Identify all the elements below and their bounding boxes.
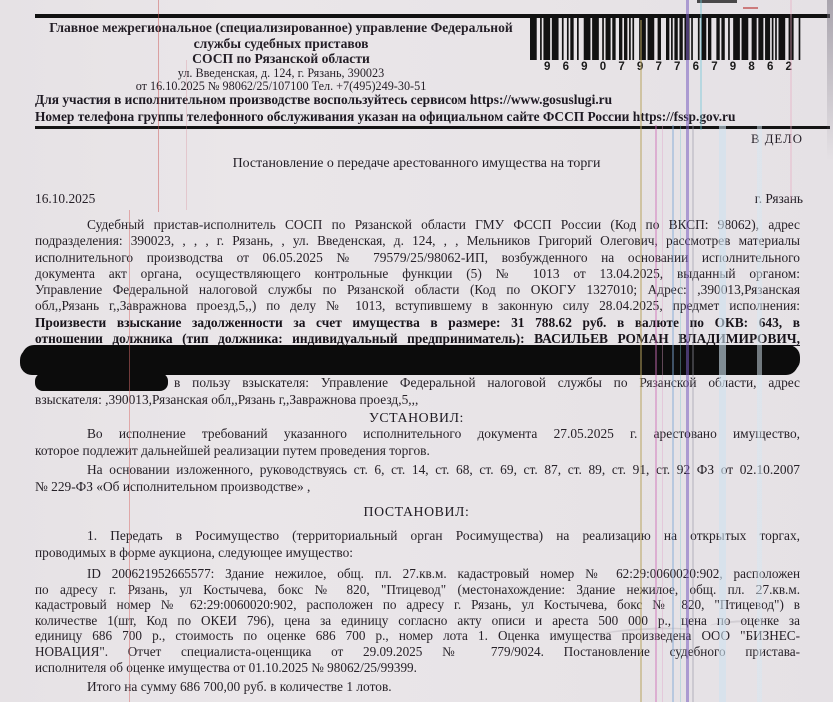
org-name-line2: службы судебных приставов (42, 36, 520, 52)
barcode-digit: 2 (786, 61, 792, 73)
text-line: единицу 686 700 р., стоимость по оценке … (35, 628, 800, 644)
text-line: Управление Федеральной налоговой службы … (35, 282, 800, 298)
org-name-line1: Главное межрегиональное (специализирован… (42, 20, 520, 36)
paragraph-legal-basis: На основании изложенного, руководствуясь… (35, 461, 800, 495)
barcode-digit: 6 (563, 61, 569, 73)
paragraph-established: Во исполнение требований указанного испо… (35, 425, 800, 459)
barcode-digit: 7 (655, 61, 661, 73)
text-line: которое подлежит дальнейшей реализации п… (35, 442, 800, 459)
text-line: На основании изложенного, руководствуясь… (35, 461, 800, 478)
barcode-digit: 8 (748, 61, 754, 73)
text-line: подразделения: 390023, , , , г. Рязань, … (35, 233, 800, 249)
text-line: ID 200621952665577: Здание нежилое, общ.… (35, 566, 800, 582)
established-heading: УСТАНОВИЛ: (35, 410, 798, 426)
scan-corner-mark (697, 0, 737, 3)
text-line: Произвести взыскание задолженности за сч… (35, 315, 800, 331)
case-file-mark: В ДЕЛО (751, 132, 803, 147)
text-line: Во исполнение требований указанного испо… (35, 425, 800, 442)
scan-red-dash (743, 7, 758, 9)
barcode-digit: 9 (581, 61, 587, 73)
text-line: взыскателя: ,390013,Рязанская обл,,Рязан… (35, 391, 800, 408)
barcode-digit: 6 (693, 61, 699, 73)
letterhead: Главное межрегиональное (специализирован… (42, 20, 520, 94)
barcode-digit: 9 (544, 61, 550, 73)
text-line: НОВАЦИЯ". Отчет специалиста-оценщика от … (35, 644, 800, 660)
resolved-heading: ПОСТАНОВИЛ: (35, 504, 798, 520)
paragraph-total: Итого на сумму 686 700,00 руб. в количес… (35, 679, 800, 695)
org-address: ул. Введенская, д. 124, г. Рязань, 39002… (42, 67, 520, 81)
barcode-bars (530, 18, 802, 60)
text-line: Судебный пристав-исполнитель СОСП по Ряз… (35, 217, 800, 233)
text-line: кадастровый номер № 62:29:0060020:902, р… (35, 597, 800, 613)
barcode-digit: 0 (600, 61, 606, 73)
text-line: в пользу взыскателя: Управление Федераль… (35, 373, 800, 391)
text-line: исполнителя об оценке имущества от 01.10… (35, 660, 800, 676)
barcode: 96907977679862 (530, 18, 802, 73)
redaction-bar-small (35, 373, 168, 391)
text-line: 1. Передать в Росимущество (территориаль… (35, 527, 800, 544)
paragraph-property-description: ID 200621952665577: Здание нежилое, общ.… (35, 566, 800, 675)
text-line: документа акт органа, осуществляющего ко… (35, 266, 800, 282)
org-name-line3: СОСП по Рязанской области (42, 51, 520, 67)
text-line: обл,,Рязань г,,Завражнова проезд,5,,) по… (35, 298, 800, 314)
text-line: исполнительного производства от 06.05.20… (35, 250, 800, 266)
text-line: № 229-ФЗ «Об исполнительном производстве… (35, 478, 800, 495)
barcode-digit: 7 (674, 61, 680, 73)
document-date: 16.10.2025 (35, 191, 95, 207)
text-line: количестве 1(шт, Код по ОКЕИ 796), цена … (35, 613, 800, 629)
barcode-digit: 7 (618, 61, 624, 73)
redaction-bar-large (22, 345, 800, 372)
scanned-document-page: Главное межрегиональное (специализирован… (0, 0, 833, 702)
header-divider-line (35, 126, 830, 129)
barcode-digit: 6 (767, 61, 773, 73)
fssp-phone-notice: Номер телефона группы телефонного обслуж… (35, 109, 735, 125)
paragraph-main: Судебный пристав-исполнитель СОСП по Ряз… (35, 217, 800, 347)
document-city: г. Рязань (755, 191, 803, 207)
text-line: по адресу г. Рязань, ул Костычева, бокс … (35, 582, 800, 598)
barcode-digits: 96907977679862 (530, 60, 802, 73)
barcode-digit: 9 (637, 61, 643, 73)
document-title: Постановление о передаче арестованного и… (35, 156, 798, 172)
paragraph-resolution: 1. Передать в Росимущество (территориаль… (35, 527, 800, 561)
barcode-digit: 7 (711, 61, 717, 73)
text-line: проводимых в форме аукциона, следующее и… (35, 544, 800, 561)
date-city-line: 16.10.2025 г. Рязань (35, 191, 803, 207)
paragraph-payee: в пользу взыскателя: Управление Федераль… (35, 373, 800, 408)
barcode-digit: 9 (730, 61, 736, 73)
text-line: Итого на сумму 686 700,00 руб. в количес… (35, 679, 800, 695)
gosuslugi-notice: Для участия в исполнительном производств… (35, 92, 612, 108)
